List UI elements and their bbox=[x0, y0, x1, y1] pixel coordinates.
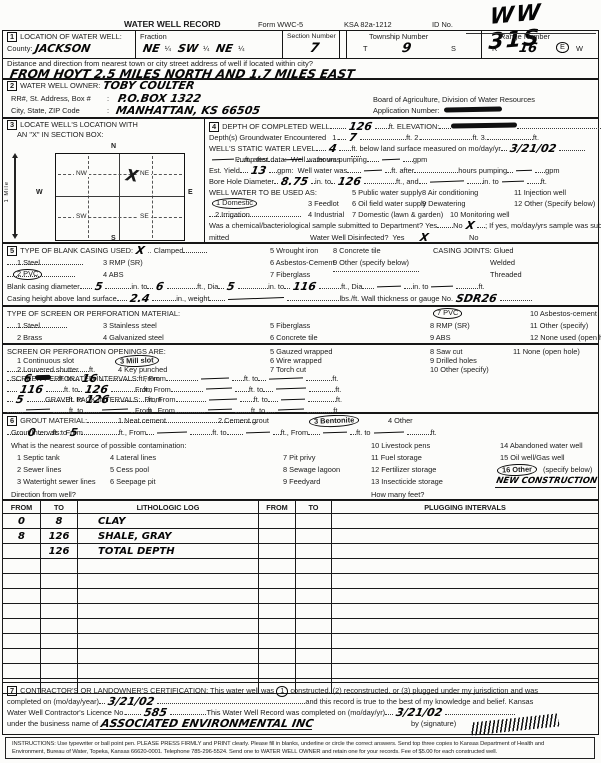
lithologic-table-cell bbox=[259, 634, 296, 649]
handwritten-entry: 126 bbox=[85, 394, 110, 405]
form-label: Water Well Contractor's Licence No. bbox=[7, 708, 125, 717]
lithologic-table-cell bbox=[41, 604, 78, 619]
lithologic-table-cell bbox=[41, 634, 78, 649]
form-label: in. to bbox=[483, 177, 499, 186]
handwritten-entry: SDR26 bbox=[455, 293, 498, 304]
lithologic-table-cell bbox=[3, 634, 41, 649]
form-label: (specify below) bbox=[543, 464, 592, 475]
dotted-blank bbox=[333, 269, 419, 272]
gravel-pack-intervals-line1: GRAVEL PACK INTERVALS: From5ft. to126ft.… bbox=[3, 394, 598, 405]
circled-option: 2 PVC bbox=[13, 269, 42, 280]
lithologic-table-cell: TOTAL DEPTH bbox=[78, 544, 259, 559]
lithologic-table-cell bbox=[41, 559, 78, 574]
certification-line2: completed on (mo/day/year)3/21/02and thi… bbox=[3, 696, 598, 707]
form-label: ft. bbox=[478, 282, 484, 291]
form-label: 14 Abandoned water well bbox=[500, 440, 583, 451]
handwritten-dash bbox=[208, 409, 232, 411]
form-label: Fraction bbox=[140, 32, 167, 41]
dotted-blank bbox=[501, 148, 507, 151]
dotted-blank bbox=[507, 170, 513, 173]
lithologic-table-cell bbox=[332, 559, 599, 574]
lithologic-table-cell bbox=[332, 529, 599, 544]
col-from-2: FROM bbox=[259, 501, 296, 514]
lithologic-table-cell bbox=[259, 619, 296, 634]
contamination-row2: 2 Sewer lines5 Cess pool8 Sewage lagoon1… bbox=[3, 464, 598, 476]
dotted-blank bbox=[362, 286, 374, 289]
handwritten-entry: 8.75 bbox=[280, 176, 309, 187]
lithologic-table-cell bbox=[78, 619, 259, 634]
dotted-blank bbox=[117, 298, 127, 301]
dotted-blank bbox=[105, 286, 131, 289]
section-7-certification-box: 7CONTRACTOR'S OR LANDOWNER'S CERTIFICATI… bbox=[2, 682, 599, 735]
handwritten-entry: 5 bbox=[15, 394, 25, 405]
form-label: 6 Seepage pit bbox=[110, 476, 156, 487]
handwritten-dash bbox=[502, 180, 524, 182]
form-label: 10 Livestock pens bbox=[371, 440, 430, 451]
owner-line: 2WATER WELL OWNER:TOBY COULTER bbox=[3, 80, 598, 93]
handwritten-entry: 5 bbox=[94, 281, 104, 292]
lithologic-table-cell bbox=[332, 544, 599, 559]
form-label: ft. bbox=[431, 428, 437, 437]
lithologic-table-row bbox=[3, 559, 599, 574]
dotted-blank bbox=[500, 298, 532, 301]
openings-intervals-box: SCREEN OR PERFORATION OPENINGS ARE:5 Gau… bbox=[2, 344, 599, 413]
form-label: LOCATION OF WATER WELL: bbox=[20, 32, 122, 41]
dotted-blank bbox=[367, 159, 379, 162]
lithologic-table-cell bbox=[296, 664, 332, 679]
handwritten-entry: MANHATTAN, KS 66505 bbox=[115, 105, 261, 116]
range-value-line: R16EW bbox=[482, 42, 598, 57]
form-label: : bbox=[107, 93, 109, 104]
contamination-title-line: What is the nearest source of possible c… bbox=[3, 440, 598, 452]
well-use-options-row2: 2 Irrigation4 Industrial7 Domestic (lawn… bbox=[205, 209, 598, 220]
section-number: 5 bbox=[7, 246, 17, 256]
form-label: ¼ bbox=[163, 44, 175, 53]
form-label: 4 Other bbox=[388, 415, 413, 426]
form-label: WATER WELL OWNER: bbox=[20, 81, 100, 90]
handwritten-dash bbox=[377, 285, 401, 287]
handwritten-entry: 5 bbox=[226, 281, 236, 292]
county-cell: 1LOCATION OF WATER WELL: County:JACKSON bbox=[3, 31, 136, 58]
form-label: ft., Dia bbox=[197, 282, 218, 291]
form-label: WELL WATER TO BE USED AS: bbox=[209, 188, 317, 197]
dotted-blank bbox=[287, 298, 339, 301]
lithologic-table-row bbox=[3, 619, 599, 634]
form-label: 6 Concrete tile bbox=[270, 332, 318, 343]
casing-options-row1: 1 Steel3 RMP (SR)6 Asbestos-Cement9 Othe… bbox=[3, 257, 598, 269]
form-label: ft., and bbox=[396, 177, 419, 186]
dotted-blank bbox=[274, 181, 278, 184]
dotted-blank bbox=[467, 181, 483, 184]
dotted-blank bbox=[157, 701, 305, 704]
dotted-blank bbox=[268, 399, 278, 402]
dotted-blank bbox=[308, 399, 336, 402]
sample-submitted-line: Was a chemical/bacteriological sample su… bbox=[205, 220, 598, 232]
form-label: ft. bbox=[541, 177, 547, 186]
form-label: in. to bbox=[412, 282, 428, 291]
lithologic-table-cell bbox=[41, 664, 78, 679]
form-title: WATER WELL RECORD bbox=[124, 19, 221, 30]
form-label: 1 Steel bbox=[17, 320, 40, 331]
lithologic-table-cell bbox=[296, 634, 332, 649]
handwritten-dash bbox=[323, 431, 347, 433]
table-header-row: FROM TO LITHOLOGIC LOG FROM TO PLUGGING … bbox=[3, 501, 599, 514]
lithologic-table-cell: CLAY bbox=[78, 514, 259, 529]
lithologic-table-cell bbox=[332, 589, 599, 604]
dotted-blank bbox=[147, 286, 153, 289]
form-label: 7 Fiberglass bbox=[270, 269, 310, 280]
form-label: ft. to bbox=[249, 385, 263, 394]
lithologic-table-cell bbox=[3, 649, 41, 664]
lithologic-table-cell bbox=[296, 514, 332, 529]
handwritten-dash bbox=[276, 387, 306, 389]
range-label: Range Number bbox=[482, 31, 598, 42]
form-label: ft. to bbox=[244, 374, 258, 383]
handwritten-dash bbox=[228, 297, 284, 300]
township-label: Township Number bbox=[347, 31, 481, 42]
double-rule-spacer bbox=[340, 31, 347, 58]
form-label: Form WWC-5 bbox=[258, 19, 303, 30]
form-label: 12 Fertilizer storage bbox=[371, 464, 436, 475]
lithologic-table-cell bbox=[41, 574, 78, 589]
col-from-1: FROM bbox=[3, 501, 41, 514]
contamination-row3: 3 Watertight sewer lines6 Seepage pit9 F… bbox=[3, 476, 598, 489]
county-value-line: County:JACKSON bbox=[3, 42, 135, 57]
lithologic-table-cell bbox=[259, 589, 296, 604]
dotted-blank bbox=[339, 148, 351, 151]
form-label: in. to bbox=[131, 282, 147, 291]
form-label: ft. to bbox=[64, 385, 78, 394]
dotted-blank bbox=[360, 137, 406, 140]
dotted-blank bbox=[209, 298, 225, 301]
dotted-blank bbox=[375, 126, 389, 129]
form-label: gpm bbox=[545, 166, 559, 175]
lithologic-table-body: 08CLAY8126SHALE, GRAY126TOTAL DEPTH bbox=[3, 514, 599, 694]
handwritten-entry: JACKSON bbox=[34, 42, 92, 55]
form-label: Blank casing diameter bbox=[7, 282, 80, 291]
dotted-blank bbox=[166, 378, 198, 381]
lithologic-table-cell bbox=[296, 619, 332, 634]
form-label: 2 Sewer lines bbox=[17, 464, 61, 475]
form-label: 15 Oil well/Gas well bbox=[500, 452, 564, 463]
form-label: 4 Lateral lines bbox=[110, 452, 156, 463]
form-label: 1 Steel bbox=[17, 257, 40, 268]
lithologic-table-cell bbox=[3, 589, 41, 604]
form-label: 9 Other (specify below) bbox=[333, 257, 409, 268]
mile-arrow-line bbox=[14, 157, 16, 235]
dotted-blank bbox=[80, 286, 92, 289]
board-of-agriculture-label: Board of Agriculture, Division of Water … bbox=[369, 94, 535, 105]
handwritten-dash bbox=[374, 431, 404, 433]
form-label: Casing height above land surface bbox=[7, 294, 117, 303]
handwritten-entry: 13 bbox=[250, 165, 267, 176]
lithologic-table-cell: 8 bbox=[3, 529, 41, 544]
form-label: : bbox=[107, 105, 109, 116]
dotted-blank bbox=[81, 432, 119, 435]
form-label: 9 Feedyard bbox=[283, 476, 320, 487]
form-label: ft. 2. bbox=[406, 133, 420, 142]
form-label: No bbox=[453, 221, 462, 230]
lithologic-table-cell bbox=[332, 649, 599, 664]
dotted-blank bbox=[167, 286, 197, 289]
section-grid-square: NW NE SW SE X bbox=[55, 153, 185, 241]
form-label: by (signature) bbox=[411, 718, 456, 729]
handwritten-entry: 3/21/02 bbox=[509, 143, 557, 154]
range-cell: Range Number R16EW bbox=[482, 31, 598, 58]
lithologic-table-cell bbox=[3, 664, 41, 679]
hand-circled-option: 3 Bentonite bbox=[309, 414, 360, 427]
dotted-blank bbox=[306, 378, 332, 381]
lithologic-table-cell bbox=[41, 619, 78, 634]
section-number: 6 bbox=[7, 416, 17, 426]
screen-material-row2: 2 Brass4 Galvanized steel6 Concrete tile… bbox=[3, 332, 598, 344]
form-label: W bbox=[576, 42, 583, 55]
form-label: City, State, ZIP Code bbox=[11, 105, 80, 116]
form-label: and this record is true to the best of m… bbox=[305, 697, 533, 706]
form-label: WELL'S STATIC WATER LEVEL bbox=[209, 144, 316, 153]
form-label: Was a chemical/bacteriological sample su… bbox=[209, 221, 437, 230]
dotted-blank bbox=[403, 159, 413, 162]
form-label: 12 Other (Specify below) bbox=[514, 198, 595, 209]
handwritten-entry: SW bbox=[177, 42, 199, 55]
disinfected-line: mittedWater Well Disinfected? YesXNo bbox=[205, 232, 598, 243]
form-label: No bbox=[469, 232, 478, 243]
instructions-line2: Environment, Bureau of Water, Topeka, Ka… bbox=[12, 748, 588, 756]
form-label: Depth(s) Groundwater Encountered 1. bbox=[209, 133, 338, 142]
lithologic-table-row bbox=[3, 574, 599, 589]
lithologic-table-cell bbox=[332, 574, 599, 589]
handwritten-entry: 0 bbox=[27, 427, 37, 438]
form-label: From bbox=[135, 384, 152, 395]
handwritten-entry: 16 bbox=[518, 42, 538, 55]
form-label: 3 Watertight sewer lines bbox=[17, 476, 96, 487]
mile-arrow-label: 1 Mile bbox=[4, 181, 10, 202]
form-label: ft. ELEVATION: bbox=[389, 122, 440, 131]
form-label: 10 Asbestos-cement bbox=[530, 308, 597, 319]
lithologic-table-cell bbox=[78, 634, 259, 649]
section-number-cell: Section Number 7 bbox=[283, 31, 340, 58]
dotted-blank bbox=[269, 170, 277, 173]
lithologic-table-row bbox=[3, 589, 599, 604]
handwritten-dash bbox=[431, 285, 453, 287]
screen-material-row1: 1 Steel3 Stainless steel5 Fiberglass8 RM… bbox=[3, 320, 598, 332]
handwritten-dash bbox=[516, 169, 532, 171]
lithologic-log-table: FROM TO LITHOLOGIC LOG FROM TO PLUGGING … bbox=[2, 500, 599, 694]
form-label: ID No. bbox=[432, 19, 453, 30]
form-label: 9 ABS bbox=[430, 332, 451, 343]
handwritten-entry: 7 bbox=[309, 42, 320, 55]
section-number-value: 7 bbox=[283, 42, 339, 57]
form-label: 7 Pit privy bbox=[283, 452, 315, 463]
section-number: 4 bbox=[209, 122, 219, 132]
lithologic-table-cell bbox=[296, 574, 332, 589]
form-label: LOCATE WELL'S LOCATION WITH bbox=[20, 120, 138, 129]
estimated-yield-line: Est. Yield13gpm: Well water wasft. after… bbox=[205, 165, 598, 176]
handwritten-dash bbox=[278, 409, 304, 411]
dotted-blank bbox=[351, 154, 361, 157]
form-label: 4 ABS bbox=[103, 269, 124, 280]
form-label: Bore Hole Diameter bbox=[209, 177, 274, 186]
form-label: 11 Injection well bbox=[514, 187, 566, 198]
form-label: ft. 3. bbox=[472, 133, 486, 142]
dotted-blank bbox=[78, 389, 82, 392]
handwritten-entry: 126 bbox=[337, 176, 362, 187]
dotted-blank bbox=[125, 712, 141, 715]
form-label: RR#, St. Address, Box # bbox=[11, 93, 91, 104]
dotted-blank bbox=[7, 389, 17, 392]
form-label: 2 Cement grout bbox=[218, 415, 269, 426]
dotted-blank bbox=[7, 399, 13, 402]
form-label: 6 Asbestos-Cement bbox=[270, 257, 335, 268]
scribble-mark bbox=[451, 122, 517, 128]
handwritten-entry: 9 bbox=[401, 42, 412, 55]
form-label: ft. bbox=[335, 385, 341, 394]
circled-option: 7 PVC bbox=[433, 308, 462, 319]
dotted-blank bbox=[420, 137, 472, 140]
handwritten-dash bbox=[269, 377, 303, 379]
dotted-blank bbox=[477, 225, 485, 228]
form-label: 5 Public water supply bbox=[352, 187, 422, 198]
col-lithologic-log: LITHOLOGIC LOG bbox=[78, 501, 259, 514]
handwritten-entry: P.O.BOX 1322 bbox=[117, 93, 202, 104]
handwritten-x-mark: X bbox=[125, 165, 140, 186]
form-label: 13 Insecticide storage bbox=[371, 476, 443, 487]
form-label: gpm bbox=[413, 155, 427, 164]
lithologic-table-cell bbox=[296, 604, 332, 619]
dotted-blank bbox=[218, 286, 224, 289]
se-quarter-label: SE bbox=[138, 213, 151, 220]
sw-quarter-label: SW bbox=[74, 213, 88, 220]
form-label: 8 Sewage lagoon bbox=[283, 464, 340, 475]
handwritten-entry: 6 bbox=[155, 281, 165, 292]
lithologic-table-cell bbox=[78, 649, 259, 664]
form-label: Welded bbox=[490, 257, 515, 268]
lithologic-table-cell bbox=[41, 649, 78, 664]
static-water-level-line: WELL'S STATIC WATER LEVEL4ft. below land… bbox=[205, 143, 598, 154]
handwritten-dash bbox=[102, 409, 128, 411]
locate-title-line2: AN "X" IN SECTION BOX: bbox=[3, 129, 204, 139]
handwritten-entry: 2.4 bbox=[129, 293, 150, 304]
screen-material-title-line: TYPE OF SCREEN OR PERFORATION MATERIAL:7… bbox=[3, 308, 598, 320]
location-heading: 1LOCATION OF WATER WELL: bbox=[3, 31, 135, 42]
west-label: W bbox=[35, 189, 44, 196]
handwritten-entry: 5 bbox=[69, 427, 79, 438]
form-label: 9 Dewatering bbox=[422, 198, 466, 209]
application-number-line: Application Number: bbox=[369, 105, 502, 116]
well-use-options-row1: 1 Domestic3 Feedlot6 Oil field water sup… bbox=[205, 198, 598, 209]
handwritten-dash bbox=[26, 409, 50, 411]
form-label: Direction from well? bbox=[11, 489, 76, 500]
form-label: ; If yes, mo/day/yrs sample was sub- bbox=[485, 221, 601, 230]
dotted-blank bbox=[487, 137, 533, 140]
form-label: 4 Industrial bbox=[308, 209, 344, 220]
form-label: constructed, (2) reconstructed, or (3) p… bbox=[288, 686, 538, 695]
city-state-zip-line: City, State, ZIP Code:MANHATTAN, KS 6650… bbox=[3, 105, 598, 117]
grout-material-line: 6GROUT MATERIAL:1 Neat cement2 Cement gr… bbox=[3, 415, 598, 427]
fraction-label: Fraction bbox=[136, 31, 282, 42]
form-label: 2 Irrigation bbox=[215, 209, 250, 220]
form-label: Section Number bbox=[287, 33, 336, 40]
form-label: County: bbox=[7, 44, 32, 53]
dotted-blank bbox=[309, 389, 335, 392]
form-label: CONTRACTOR'S OR LANDOWNER'S CERTIFICATIO… bbox=[20, 686, 276, 695]
handwritten-dash bbox=[212, 158, 234, 160]
col-to-1: TO bbox=[41, 501, 78, 514]
section-number: 1 bbox=[7, 32, 17, 42]
center-line-horizontal bbox=[56, 196, 184, 197]
dotted-blank bbox=[273, 432, 281, 435]
lithologic-table-cell bbox=[259, 664, 296, 679]
handwritten-dash bbox=[430, 180, 464, 182]
form-label: S bbox=[451, 42, 456, 55]
handwritten-entry: NE bbox=[142, 42, 161, 55]
dotted-blank bbox=[559, 148, 585, 151]
dotted-blank bbox=[437, 225, 453, 228]
instructions-box: INSTRUCTIONS: Use typewriter or ball poi… bbox=[5, 737, 595, 759]
form-label: .. Clamped bbox=[148, 246, 184, 255]
lithologic-table-cell bbox=[332, 664, 599, 679]
lithologic-table-cell: SHALE, GRAY bbox=[78, 529, 259, 544]
bore-hole-diameter-line: Bore Hole Diameter8.75in. to126ft., andi… bbox=[205, 176, 598, 187]
handwritten-dash bbox=[382, 158, 400, 160]
business-name-signature-line: under the business name ofASSOCIATED ENV… bbox=[3, 718, 598, 734]
instructions-line1: INSTRUCTIONS: Use typewriter or ball poi… bbox=[12, 740, 588, 748]
handwritten-entry: 3/21/02 bbox=[395, 707, 443, 718]
township-cell: Township Number T9S bbox=[347, 31, 482, 58]
dotted-blank bbox=[240, 170, 248, 173]
lithologic-table-cell bbox=[259, 544, 296, 559]
handwritten-dash bbox=[157, 431, 187, 433]
form-label: ft. bbox=[533, 133, 539, 142]
contamination-row1: 1 Septic tank4 Lateral lines7 Pit privy1… bbox=[3, 452, 598, 464]
form-label: DEPTH OF COMPLETED WELL bbox=[222, 122, 330, 131]
form-label: under the business name of bbox=[7, 719, 98, 728]
form-label: in., weight bbox=[176, 294, 209, 303]
form-label: in. to bbox=[268, 282, 284, 291]
form-label: This Water Well Record was completed on … bbox=[206, 708, 385, 717]
handwritten-dash bbox=[206, 388, 232, 390]
handwritten-dash bbox=[201, 377, 229, 379]
lithologic-table-cell bbox=[78, 664, 259, 679]
scribble-mark bbox=[35, 375, 51, 380]
lithologic-table-cell bbox=[296, 529, 332, 544]
form-label: Board of Agriculture, Division of Water … bbox=[373, 95, 535, 104]
col-plugging-intervals: PLUGGING INTERVALS bbox=[332, 501, 599, 514]
fraction-value-line: NE ¼ SW ¼ NE ¼ bbox=[136, 42, 282, 57]
locate-title-line1: 3LOCATE WELL'S LOCATION WITH bbox=[3, 119, 204, 129]
lithologic-table-cell bbox=[3, 559, 41, 574]
handwritten-entry: 7 bbox=[348, 132, 358, 143]
form-label: 1 Septic tank bbox=[17, 452, 60, 463]
lithologic-table-cell bbox=[3, 619, 41, 634]
form-label: ft., From bbox=[119, 428, 147, 437]
dotted-blank bbox=[258, 378, 266, 381]
form-label: 11 Other (specify) bbox=[530, 320, 588, 331]
form-label: ft., From bbox=[281, 428, 309, 437]
form-label: 6 Oil field water supply bbox=[352, 198, 426, 209]
form-label: hours pumping bbox=[458, 166, 507, 175]
handwritten-dash bbox=[364, 169, 382, 171]
handwritten-entry: X bbox=[135, 245, 145, 256]
form-label: 5 Wrought iron bbox=[270, 245, 318, 256]
handwritten-entry: X bbox=[465, 220, 475, 231]
dotted-blank bbox=[190, 432, 212, 435]
handwritten-entry: X bbox=[419, 232, 429, 243]
lithologic-table-row bbox=[3, 634, 599, 649]
form-label: ft. bbox=[336, 395, 342, 404]
form-label: R bbox=[492, 42, 497, 55]
township-value-line: T9S bbox=[347, 42, 481, 57]
